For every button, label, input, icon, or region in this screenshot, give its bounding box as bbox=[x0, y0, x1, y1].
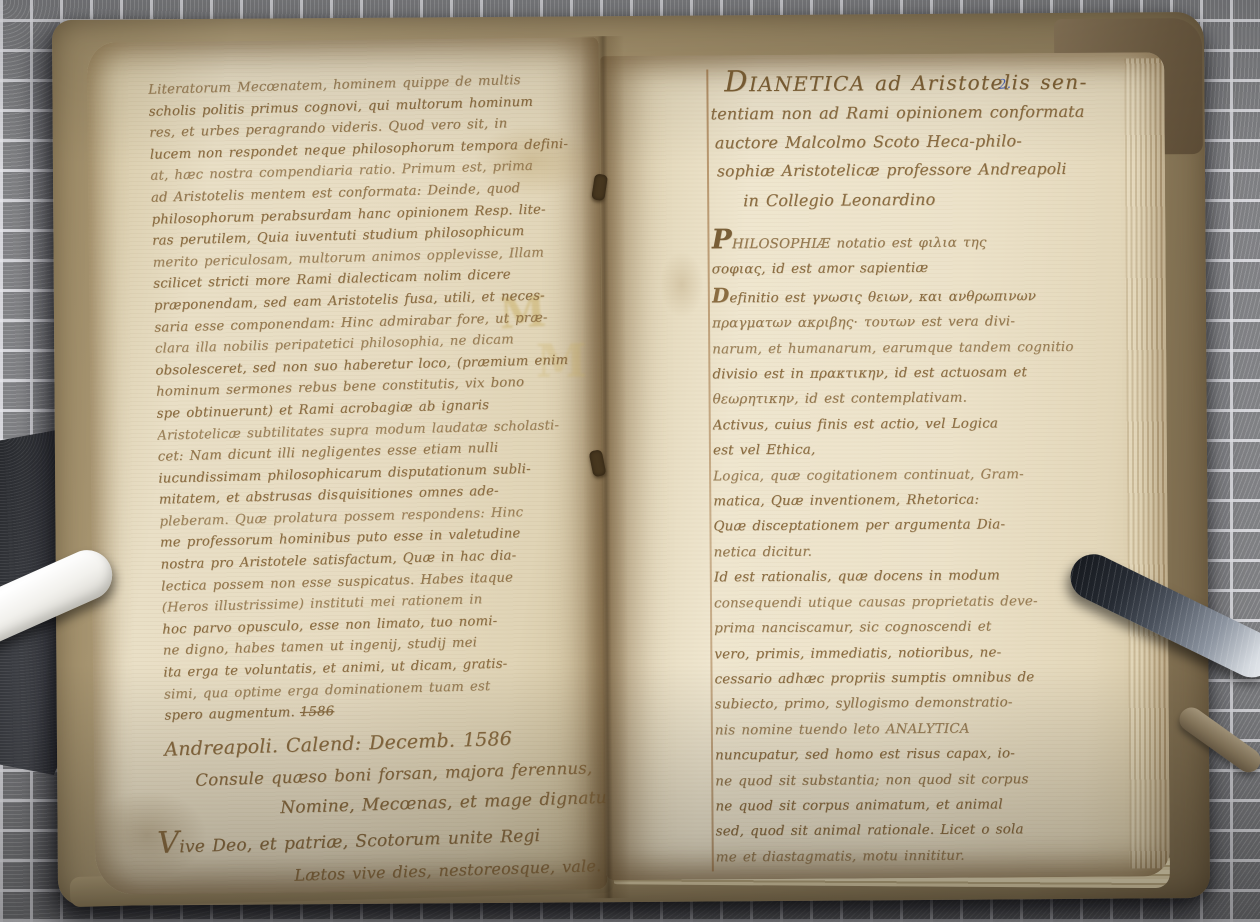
manuscript-line: ne quod sit substantia; non quod sit cor… bbox=[715, 766, 1153, 794]
title-line: tentiam non ad Rami opinionem conformata bbox=[708, 96, 1148, 128]
manuscript-line: vero, primis, immediatis, notioribus, ne… bbox=[714, 639, 1152, 667]
title-line: sophiæ Aristotelicæ professore Andreapol… bbox=[709, 154, 1149, 186]
manuscript-line: cessario adhæc propriis sumptis omnibus … bbox=[714, 664, 1152, 692]
manuscript-line: πραγματων ακριβης· τουτων est vera divi- bbox=[712, 309, 1150, 337]
title-line: auctore Malcolmo Scoto Heca-philo- bbox=[709, 125, 1149, 157]
manuscript-line: matica, Quæ inventionem, Rhetorica: bbox=[713, 486, 1151, 514]
manuscript-line: sed, quod sit animal rationale. Licet o … bbox=[716, 817, 1154, 845]
title-line: in Collegio Leonardino bbox=[709, 183, 1149, 215]
manuscript-line: narum, et humanarum, earumque tandem cog… bbox=[712, 334, 1150, 362]
manuscript-line: PHILOSOPHIÆ notatio est φιλια της bbox=[711, 224, 1149, 257]
manuscript-line: prima nanciscamur, sic cognoscendi et bbox=[714, 613, 1152, 641]
left-page: M M Literatorum Mecœnatem, hominem quipp… bbox=[87, 37, 608, 894]
right-page-heading: DIANETICA ad Aristotelis sen- tentiam no… bbox=[708, 64, 1149, 215]
manuscript-line: me et diastagmatis, motu innititur. bbox=[716, 842, 1154, 870]
colophon: Andreapoli. Calend: Decemb. 1586 Consule… bbox=[150, 720, 608, 895]
manuscript-line: Activus, cuius finis est actio, vel Logi… bbox=[713, 410, 1151, 438]
manuscript-line: nuncupatur, sed homo est risus capax, io… bbox=[715, 740, 1153, 768]
manuscript-photo: M M Literatorum Mecœnatem, hominem quipp… bbox=[0, 0, 1260, 922]
manuscript-line: ne quod sit corpus animatum, et animal bbox=[715, 791, 1153, 819]
stain bbox=[660, 251, 704, 317]
manuscript-line: Definitio est γνωσις θειων, και ανθρωπιν… bbox=[712, 280, 1150, 311]
manuscript-line: Quæ disceptationem per argumenta Dia- bbox=[713, 512, 1151, 540]
manuscript-line: nis nomine tuendo leto ANALYTICA bbox=[715, 715, 1153, 743]
manuscript-line: Logica, quæ cogitationem continuat, Gram… bbox=[713, 461, 1151, 489]
left-page-text: Literatorum Mecœnatem, hominem quippe de… bbox=[148, 67, 608, 727]
manuscript-line: subiecto, primo, syllogismo demonstratio… bbox=[715, 690, 1153, 718]
left-page-lines: Literatorum Mecœnatem, hominem quippe de… bbox=[148, 67, 608, 705]
manuscript-line: σοφιας, id est amor sapientiæ bbox=[712, 255, 1150, 283]
open-manuscript-book: M M Literatorum Mecœnatem, hominem quipp… bbox=[52, 12, 1210, 906]
title-line: DIANETICA ad Aristotelis sen- bbox=[708, 64, 1148, 99]
right-page-text: PHILOSOPHIÆ notatio est φιλια τηςσοφιας,… bbox=[711, 224, 1153, 870]
manuscript-line: divisio est in πρακτικην, id est actuosa… bbox=[712, 359, 1150, 387]
right-page: 2. DIANETICA ad Aristotelis sen- tentiam… bbox=[600, 52, 1170, 880]
manuscript-line: est vel Ethica, bbox=[713, 436, 1151, 464]
struck-year: 1586 bbox=[300, 704, 335, 720]
manuscript-line: θεωρητικην, id est contemplativam. bbox=[713, 385, 1151, 413]
